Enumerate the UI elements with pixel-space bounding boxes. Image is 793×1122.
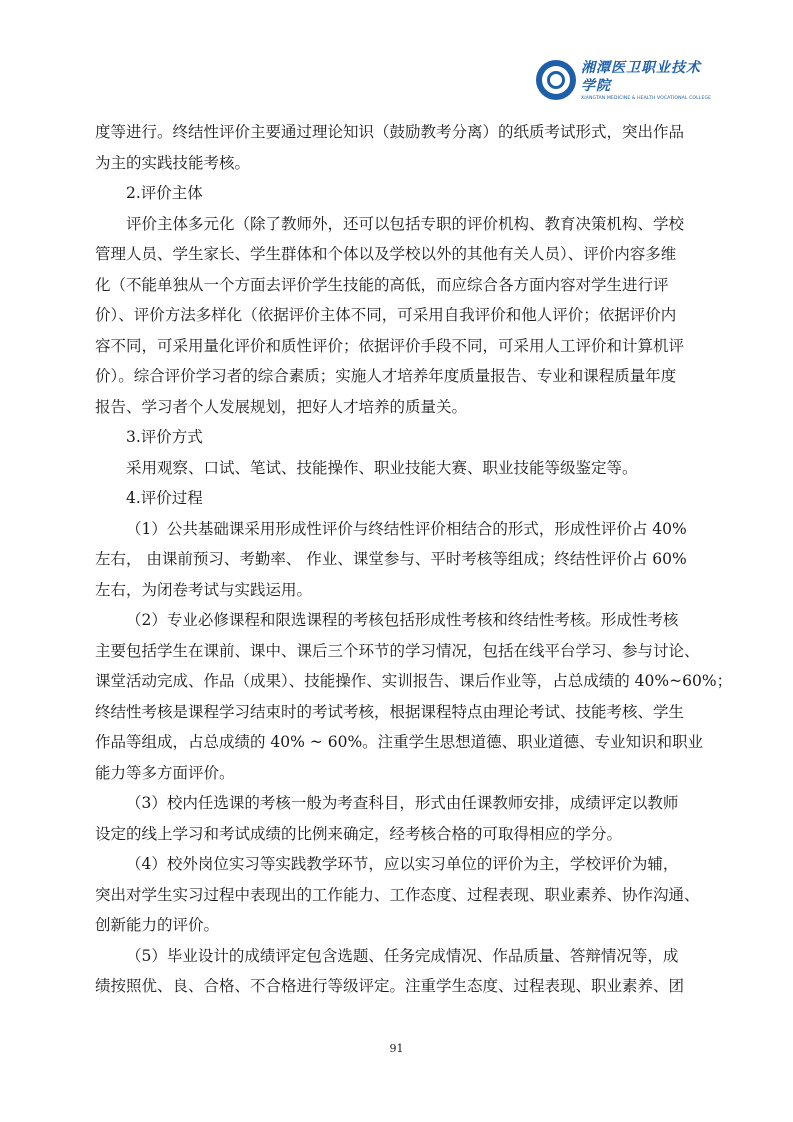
college-logo: 湘潭医卫职业技术学院 XIANGTAN MEDICINE & HEALTH VO…	[536, 58, 711, 102]
logo-chinese-name: 湘潭医卫职业技术学院	[581, 59, 711, 95]
text-line: 容不同，可采用量化评价和质性评价；依据评价手段不同，可采用人工评价和计算机评	[95, 331, 698, 362]
text-line: 设定的线上学习和考试成绩的比例来确定，经考核合格的可取得相应的学分。	[95, 819, 698, 850]
text-line: 课堂活动完成、作品（成果）、技能操作、实训报告、课后作业等，占总成绩的 40%~…	[95, 666, 698, 697]
text-line: 绩按照优、良、合格、不合格进行等级评定。注重学生态度、过程表现、职业素养、团	[95, 971, 698, 1002]
college-emblem-icon	[536, 60, 576, 100]
text-line: 主要包括学生在课前、课中、课后三个环节的学习情况，包括在线平台学习、参与讨论、	[95, 636, 698, 667]
text-line: 2.评价主体	[95, 178, 698, 209]
text-line: （1）公共基础课采用形成性评价与终结性评价相结合的形式，形成性评价占 40%	[95, 514, 698, 545]
text-line: 评价主体多元化（除了教师外，还可以包括专职的评价机构、教育决策机构、学校	[95, 209, 698, 240]
text-line: 度等进行。终结性评价主要通过理论知识（鼓励教考分离）的纸质考试形式，突出作品	[95, 117, 698, 148]
text-line: 采用观察、口试、笔试、技能操作、职业技能大赛、职业技能等级鉴定等。	[95, 453, 698, 484]
text-line: 化（不能单独从一个方面去评价学生技能的高低，而应综合各方面内容对学生进行评	[95, 270, 698, 301]
text-line: 3.评价方式	[95, 422, 698, 453]
text-line: 左右，为闭卷考试与实践运用。	[95, 575, 698, 606]
page-number: 91	[0, 1042, 793, 1055]
text-line: 作品等组成，占总成绩的 40% ~ 60%。注重学生思想道德、职业道德、专业知识…	[95, 727, 698, 758]
text-line: （3）校内任选课的考核一般为考查科目，形式由任课教师安排，成绩评定以教师	[95, 788, 698, 819]
logo-english-name: XIANGTAN MEDICINE & HEALTH VOCATIONAL CO…	[581, 95, 711, 102]
text-line: 为主的实践技能考核。	[95, 148, 698, 179]
text-line: 管理人员、学生家长、学生群体和个体以及学校以外的其他有关人员）、评价内容多维	[95, 239, 698, 270]
text-line: 报告、学习者个人发展规划，把好人才培养的质量关。	[95, 392, 698, 423]
text-line: （5）毕业设计的成绩评定包含选题、任务完成情况、作品质量、答辩情况等，成	[95, 941, 698, 972]
text-line: 4.评价过程	[95, 483, 698, 514]
text-line: 价）、评价方法多样化（依据评价主体不同，可采用自我评价和他人评价；依据评价内	[95, 300, 698, 331]
logo-text: 湘潭医卫职业技术学院 XIANGTAN MEDICINE & HEALTH VO…	[581, 59, 711, 102]
text-line: 价）。综合评价学习者的综合素质；实施人才培养年度质量报告、专业和课程质量年度	[95, 361, 698, 392]
text-line: （4）校外岗位实习等实践教学环节，应以实习单位的评价为主，学校评价为辅，	[95, 849, 698, 880]
text-line: 能力等多方面评价。	[95, 758, 698, 789]
text-line: 终结性考核是课程学习结束时的考试考核，根据课程特点由理论考试、技能考核、学生	[95, 697, 698, 728]
document-body: 度等进行。终结性评价主要通过理论知识（鼓励教考分离）的纸质考试形式，突出作品为主…	[95, 117, 698, 1002]
text-line: 突出对学生实习过程中表现出的工作能力、工作态度、过程表现、职业素养、协作沟通、	[95, 880, 698, 911]
text-line: （2）专业必修课程和限选课程的考核包括形成性考核和终结性考核。形成性考核	[95, 605, 698, 636]
text-line: 创新能力的评价。	[95, 910, 698, 941]
text-line: 左右， 由课前预习、考勤率、 作业、课堂参与、平时考核等组成；终结性评价占 60…	[95, 544, 698, 575]
